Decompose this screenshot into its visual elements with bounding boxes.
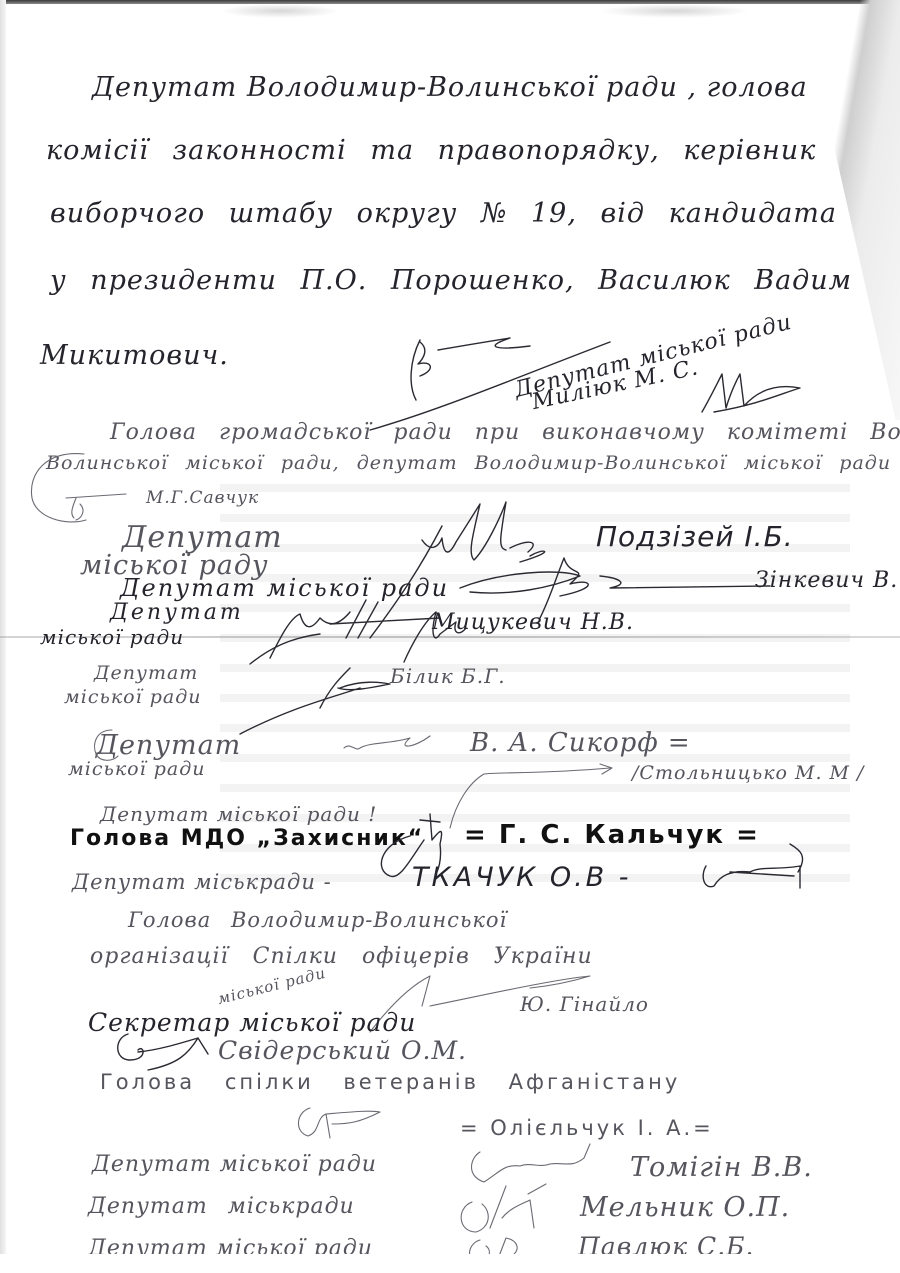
signature-bilyk (230, 658, 400, 738)
entry-10-name: Ю. Гінайло (520, 992, 649, 1016)
header-line-4: у президенти П.О. Порошенко, Василюк Вад… (50, 265, 852, 296)
entry-3-name: Зінкевич В. (755, 568, 898, 593)
entry-5-role-line-1: Депутат (94, 662, 198, 684)
entry-1-role-line-1: Голова громадської ради при виконавчому … (110, 420, 900, 445)
entry-14-name: Мельник О.П. (580, 1192, 790, 1223)
entry-12-name: = Олієльчук І. А.= (460, 1116, 714, 1140)
entry-11-role-inline-note: міської ради (216, 964, 328, 1008)
entry-9-role: Депутат міськради - (72, 870, 332, 894)
entry-4-role-line-1: Депутат (110, 600, 244, 625)
entry-6-role-line-2: міської ради (68, 758, 206, 780)
entry-1-name: М.Г.Савчук (146, 488, 259, 508)
round-seal-stamp (26, 448, 126, 528)
entry-14-role: Депутат міськради (88, 1194, 355, 1219)
header-line-2: комісії законності та правопорядку, кері… (46, 135, 816, 166)
signature-tkachuk (690, 836, 830, 896)
entry-5-name: Білик Б.Г. (390, 664, 506, 688)
entry-10-role-line-1: Голова Володимир-Волинської (128, 908, 507, 932)
header-line-1: Депутат Володимир-Волинської ради , голо… (92, 72, 808, 103)
entry-8-role-line-1: Депутат міської ради ! (100, 802, 377, 826)
header-line-3: виборчого штабу округу № 19, від кандида… (50, 198, 837, 229)
entry-13-name: Томігін В.В. (630, 1152, 813, 1183)
entry-9-name: ТКАЧУК О.В - (412, 862, 632, 893)
entry-7-name: /Стольницько М. М / (632, 762, 864, 784)
signature-oliielchuk (290, 1102, 390, 1142)
scan-top-edge (0, 0, 900, 4)
entry-13-role: Депутат міської ради (92, 1152, 377, 1177)
entry-6-name: В. А. Сикорф = (470, 728, 691, 758)
header-line-5: Микитович. (40, 340, 229, 371)
entry-1-role-line-2: Волинської міської ради, депутат Володим… (46, 452, 891, 474)
signature-miliuk (700, 368, 820, 418)
entry-12-role: Голова спілки ветеранів Афганістану (100, 1070, 680, 1094)
entry-4-role-line-2: міської ради (40, 625, 184, 649)
entry-4-name: Мицукевич Н.В. (432, 610, 634, 635)
signature-sykorf (330, 728, 450, 768)
entry-5-role-line-2: міської ради (64, 686, 202, 708)
scan-shadow (600, 4, 750, 18)
page-bottom-margin (0, 1254, 900, 1273)
entry-11-name: Свідерський О.М. (218, 1036, 467, 1065)
scan-shadow (220, 4, 340, 18)
